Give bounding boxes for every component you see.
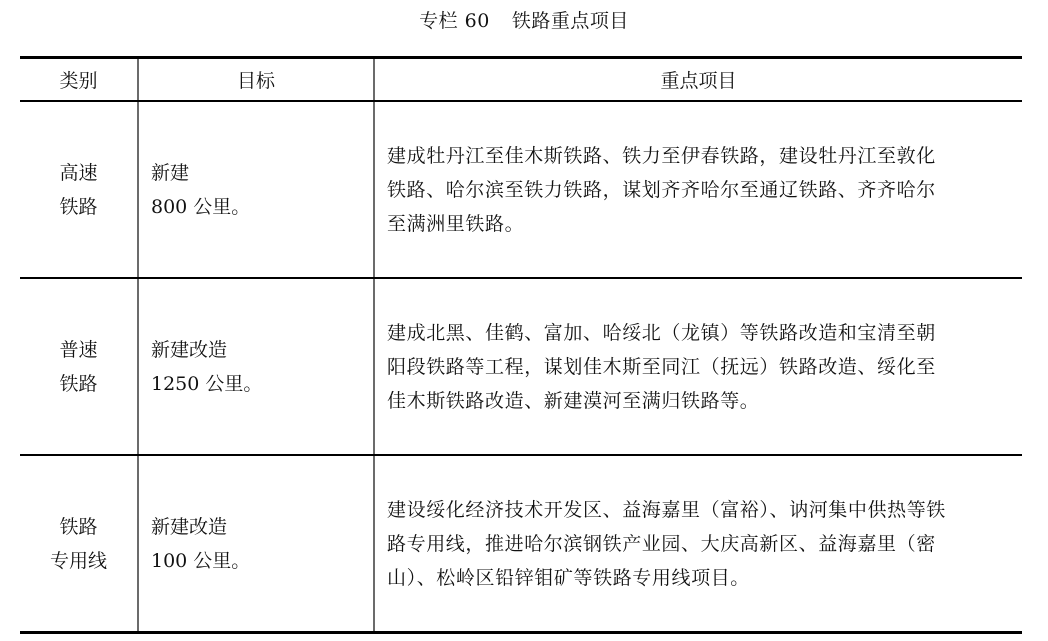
goal-line: 新建改造 (151, 510, 373, 544)
projects-cell: 建设绥化经济技术开发区、益海嘉里（富裕）、讷河集中供热等铁 路专用线，推进哈尔滨… (374, 455, 1022, 633)
projects-line: 至满洲里铁路。 (387, 207, 1012, 241)
category-line: 铁路 (20, 510, 137, 544)
railway-projects-table: 类别 目标 重点项目 高速 铁路 新建 800 公里。 建成牡丹江至佳木斯铁路、… (20, 56, 1022, 634)
header-row: 类别 目标 重点项目 (20, 58, 1022, 102)
category-line: 铁路 (20, 367, 137, 401)
category-cell: 铁路 专用线 (20, 455, 138, 633)
goal-cell: 新建 800 公里。 (138, 101, 374, 278)
category-cell: 普速 铁路 (20, 278, 138, 455)
title-text: 铁路重点项目 (512, 10, 629, 32)
projects-line: 山）、松岭区铅锌钼矿等铁路专用线项目。 (387, 561, 1012, 595)
goal-line: 800 公里。 (151, 190, 373, 224)
category-line: 专用线 (20, 544, 137, 578)
projects-line: 路专用线，推进哈尔滨钢铁产业园、大庆高新区、益海嘉里（密 (387, 527, 1012, 561)
projects-line: 佳木斯铁路改造、新建漠河至满归铁路等。 (387, 384, 1012, 418)
header-goal: 目标 (138, 58, 374, 102)
category-line: 铁路 (20, 190, 137, 224)
projects-line: 铁路、哈尔滨至铁力铁路，谋划齐齐哈尔至通辽铁路、齐齐哈尔 (387, 173, 1012, 207)
goal-line: 新建 (151, 156, 373, 190)
category-line: 高速 (20, 156, 137, 190)
projects-cell: 建成北黑、佳鹤、富加、哈绥北（龙镇）等铁路改造和宝清至朝 阳段铁路等工程，谋划佳… (374, 278, 1022, 455)
table-title: 专栏 60铁路重点项目 (0, 6, 1048, 36)
category-cell: 高速 铁路 (20, 101, 138, 278)
goal-line: 1250 公里。 (151, 367, 373, 401)
goal-cell: 新建改造 1250 公里。 (138, 278, 374, 455)
projects-line: 阳段铁路等工程，谋划佳木斯至同江（抚远）铁路改造、绥化至 (387, 350, 1012, 384)
projects-line: 建设绥化经济技术开发区、益海嘉里（富裕）、讷河集中供热等铁 (387, 493, 1012, 527)
category-line: 普速 (20, 333, 137, 367)
goal-cell: 新建改造 100 公里。 (138, 455, 374, 633)
goal-line: 100 公里。 (151, 544, 373, 578)
header-projects: 重点项目 (374, 58, 1022, 102)
table-row: 普速 铁路 新建改造 1250 公里。 建成北黑、佳鹤、富加、哈绥北（龙镇）等铁… (20, 278, 1022, 455)
projects-line: 建成牡丹江至佳木斯铁路、铁力至伊春铁路，建设牡丹江至敦化 (387, 139, 1012, 173)
projects-line: 建成北黑、佳鹤、富加、哈绥北（龙镇）等铁路改造和宝清至朝 (387, 316, 1012, 350)
projects-cell: 建成牡丹江至佳木斯铁路、铁力至伊春铁路，建设牡丹江至敦化 铁路、哈尔滨至铁力铁路… (374, 101, 1022, 278)
column-number: 专栏 60 (419, 10, 490, 32)
goal-line: 新建改造 (151, 333, 373, 367)
table-row: 铁路 专用线 新建改造 100 公里。 建设绥化经济技术开发区、益海嘉里（富裕）… (20, 455, 1022, 633)
table-row: 高速 铁路 新建 800 公里。 建成牡丹江至佳木斯铁路、铁力至伊春铁路，建设牡… (20, 101, 1022, 278)
header-category: 类别 (20, 58, 138, 102)
